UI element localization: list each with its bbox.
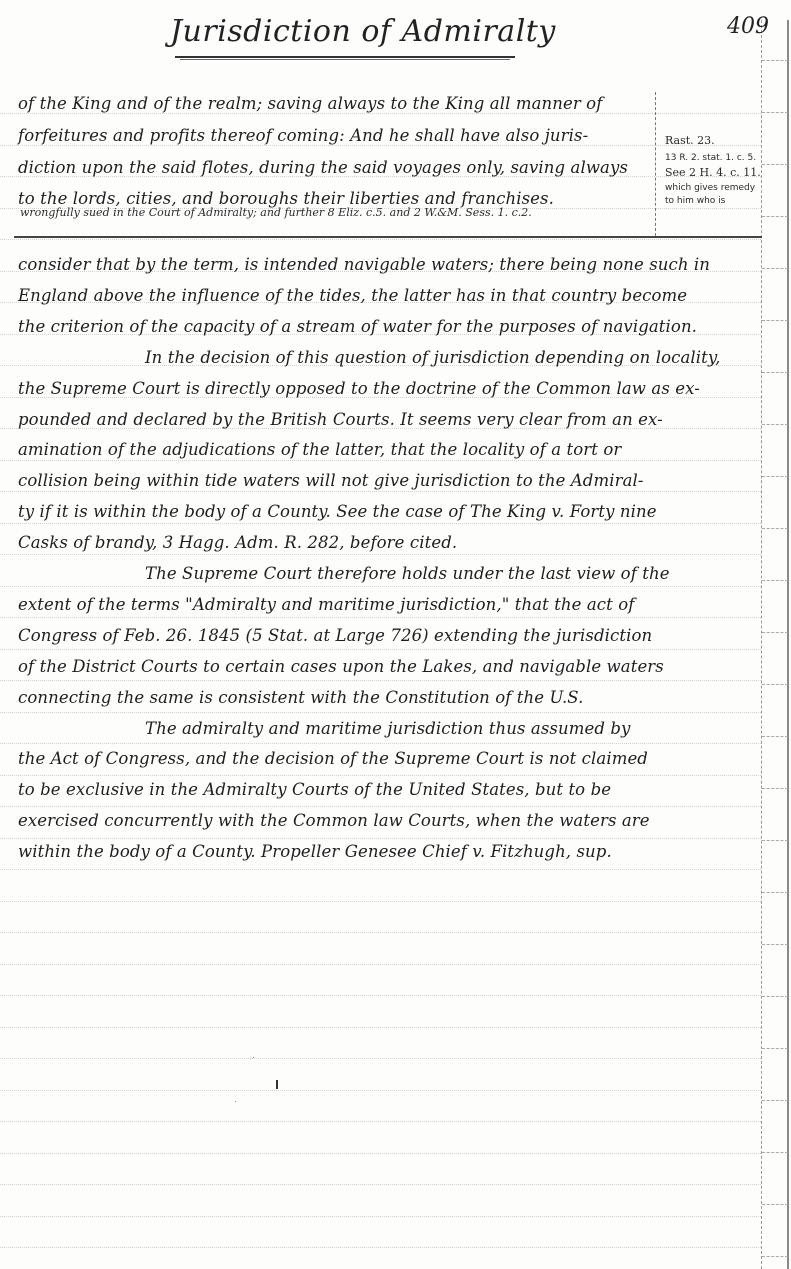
ruled-line	[0, 1184, 761, 1185]
text-line: the criterion of the capacity of a strea…	[18, 317, 757, 336]
text-line: connecting the same is consistent with t…	[18, 688, 757, 707]
margin-grid-line	[762, 1048, 788, 1049]
text-line: within the body of a County. Propeller G…	[18, 842, 757, 861]
margin-grid-line	[762, 892, 788, 893]
title-underline	[175, 56, 515, 58]
margin-grid-line	[762, 1204, 788, 1205]
title-underline-secondary	[180, 59, 510, 60]
ruled-line	[0, 743, 761, 744]
text-line: The Supreme Court therefore holds under …	[145, 564, 757, 583]
ruled-line	[0, 806, 761, 807]
margin-grid-line	[762, 60, 788, 61]
margin-grid-line	[762, 424, 788, 425]
text-line: exercised concurrently with the Common l…	[18, 811, 757, 830]
margin-grid-line	[762, 1100, 788, 1101]
sidenote-column	[655, 92, 761, 236]
margin-grid-line	[762, 164, 788, 165]
ruled-line	[0, 964, 761, 965]
ruled-line	[0, 1090, 761, 1091]
sidenote-line: 13 R. 2. stat. 1. c. 5.	[665, 153, 756, 163]
margin-grid-line	[762, 788, 788, 789]
ruled-line	[0, 680, 761, 681]
ruled-line	[0, 586, 761, 587]
text-line: to be exclusive in the Admiralty Courts …	[18, 780, 757, 799]
sidenote-line: See 2 H. 4. c. 11.	[665, 166, 761, 179]
margin-grid-line	[762, 528, 788, 529]
ruled-line	[0, 932, 761, 933]
margin-grid-line	[762, 372, 788, 373]
ruled-line	[0, 460, 761, 461]
ruled-line	[0, 1058, 761, 1059]
ruled-line	[0, 523, 761, 524]
ruled-line	[0, 1247, 761, 1248]
ruled-line	[0, 113, 761, 114]
page-edge-rule	[787, 20, 789, 1269]
margin-grid-line	[762, 320, 788, 321]
text-line: the Supreme Court is directly opposed to…	[18, 379, 757, 398]
manuscript-page: Jurisdiction of Admiralty 409 of the Kin…	[0, 0, 791, 1269]
ruled-line	[0, 1121, 761, 1122]
text-line: of the King and of the realm; saving alw…	[18, 94, 651, 113]
ruled-line	[0, 838, 761, 839]
text-line: diction upon the said flotes, during the…	[18, 158, 651, 177]
text-line: Congress of Feb. 26. 1845 (5 Stat. at La…	[18, 626, 757, 645]
sidenote-line: Rast. 23.	[665, 134, 715, 147]
text-line: collision being within tide waters will …	[18, 471, 757, 490]
ruled-line	[0, 901, 761, 902]
margin-grid-line	[762, 684, 788, 685]
text-line: extent of the terms "Admiralty and marit…	[18, 595, 757, 614]
ruled-line	[0, 869, 761, 870]
margin-grid-line	[762, 1256, 788, 1257]
page-number: 409	[727, 14, 769, 39]
margin-grid-line	[762, 736, 788, 737]
text-line: ty if it is within the body of a County.…	[18, 502, 757, 521]
ruled-line	[0, 239, 761, 240]
ruled-line	[0, 775, 761, 776]
text-line: amination of the adjudications of the la…	[18, 440, 757, 459]
margin-grid-line	[762, 632, 788, 633]
margin-grid-line	[762, 580, 788, 581]
ink-mark	[276, 1080, 278, 1089]
ruled-line	[0, 491, 761, 492]
text-line: pounded and declared by the British Cour…	[18, 410, 757, 429]
margin-grid-line	[762, 112, 788, 113]
text-line: The admiralty and maritime jurisdiction …	[145, 719, 757, 738]
text-line: Casks of brandy, 3 Hagg. Adm. R. 282, be…	[18, 533, 757, 552]
margin-rule	[761, 20, 762, 1269]
section-divider	[14, 236, 762, 238]
text-line: of the District Courts to certain cases …	[18, 657, 757, 676]
margin-grid-line	[762, 476, 788, 477]
margin-grid-line	[762, 216, 788, 217]
margin-grid-line	[762, 944, 788, 945]
text-line: England above the influence of the tides…	[18, 286, 757, 305]
text-line: the Act of Congress, and the decision of…	[18, 749, 757, 768]
ruled-line	[0, 712, 761, 713]
ruled-line	[0, 1027, 761, 1028]
margin-grid-line	[762, 840, 788, 841]
ink-dot	[235, 1101, 236, 1102]
margin-grid-line	[762, 268, 788, 269]
margin-grid-line	[762, 1152, 788, 1153]
page-title: Jurisdiction of Admiralty	[170, 14, 556, 49]
sidenote-line: to him who is	[665, 196, 725, 206]
ruled-line	[0, 1153, 761, 1154]
ink-dot	[253, 1057, 254, 1058]
margin-grid-line	[762, 996, 788, 997]
ruled-line	[0, 649, 761, 650]
text-line: In the decision of this question of juri…	[145, 348, 757, 367]
ruled-line	[0, 145, 761, 146]
ruled-line	[0, 995, 761, 996]
ruled-line	[0, 554, 761, 555]
sidenote-line: which gives remedy	[665, 183, 755, 193]
footnote: wrongfully sued in the Court of Admiralt…	[20, 206, 532, 219]
text-line: forfeitures and profits thereof coming: …	[18, 126, 651, 145]
text-line: consider that by the term, is intended n…	[18, 255, 757, 274]
ruled-line	[0, 1216, 761, 1217]
ruled-line	[0, 617, 761, 618]
